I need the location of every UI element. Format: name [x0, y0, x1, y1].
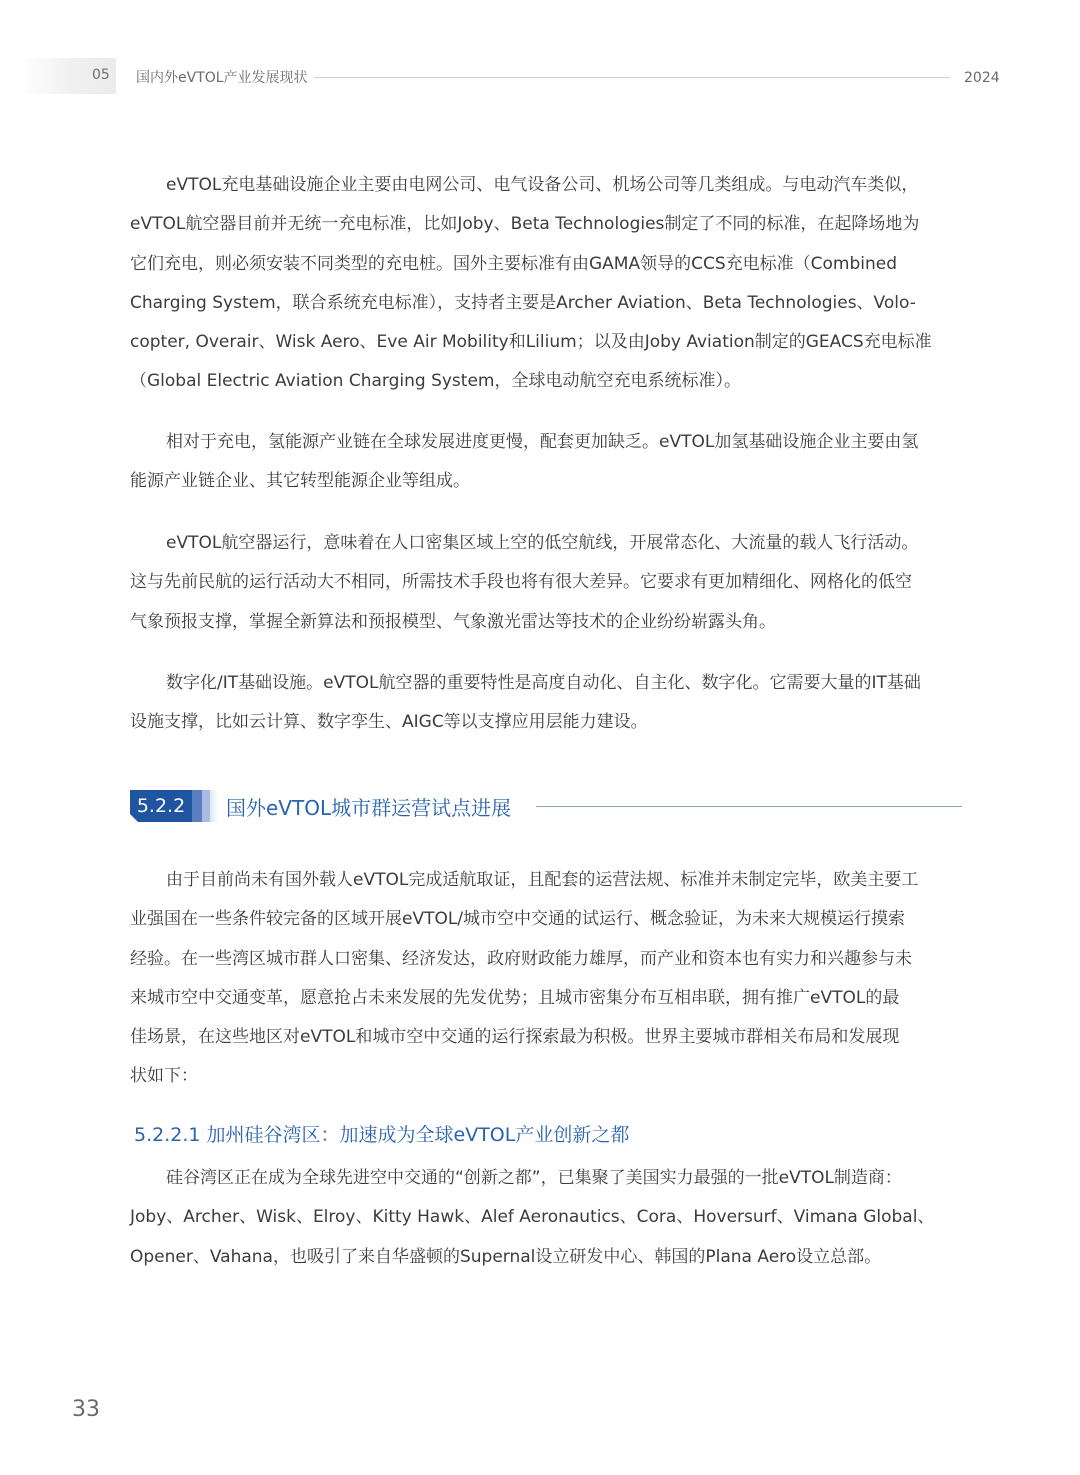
text-line: 气象预报支撑，掌握全新算法和预报模型、气象激光雷达等技术的企业纷纷崭露头角。: [130, 603, 962, 642]
text-line: copter, Overair、Wisk Aero、Eve Air Mobili…: [130, 323, 962, 362]
chapter-number: 05: [92, 67, 110, 83]
badge-stripe: [202, 790, 210, 822]
text-line: 它们充电，则必须安装不同类型的充电桩。国外主要标准有由GAMA领导的CCS充电标…: [130, 245, 962, 284]
paragraph-overseas-pilots: 由于目前尚未有国外载人eVTOL完成适航取证，且配套的运营法规、标准并未制定完毕…: [130, 861, 962, 1097]
text-line: 状如下：: [130, 1057, 962, 1096]
badge-stripe: [192, 790, 202, 822]
text-line: eVTOL充电基础设施企业主要由电网公司、电气设备公司、机场公司等几类组成。与电…: [130, 166, 962, 205]
section-number-badge: 5.2.2: [130, 790, 192, 822]
text-line: Charging System，联合系统充电标准），支持者主要是Archer A…: [130, 284, 962, 323]
header-year: 2024: [964, 70, 1000, 86]
subsection-title: 5.2.2.1 加州硅谷湾区：加速成为全球eVTOL产业创新之都: [134, 1120, 629, 1147]
badge-stripe: [210, 790, 218, 822]
text-line: eVTOL航空器运行，意味着在人口密集区域上空的低空航线，开展常态化、大流量的载…: [130, 524, 962, 563]
text-line: 能源产业链企业、其它转型能源企业等组成。: [130, 462, 962, 501]
text-line: 经验。在一些湾区城市群人口密集、经济发达，政府财政能力雄厚，而产业和资本也有实力…: [130, 940, 962, 979]
paragraph-charging-infrastructure: eVTOL充电基础设施企业主要由电网公司、电气设备公司、机场公司等几类组成。与电…: [130, 166, 962, 402]
section-title: 国外eVTOL城市群运营试点进展: [226, 792, 511, 821]
text-line: Joby、Archer、Wisk、Elroy、Kitty Hawk、Alef A…: [130, 1198, 962, 1237]
text-line: 相对于充电，氢能源产业链在全球发展进度更慢，配套更加缺乏。eVTOL加氢基础设施…: [130, 423, 962, 462]
text-line: 硅谷湾区正在成为全球先进空中交通的“创新之都”，已集聚了美国实力最强的一批eVT…: [130, 1159, 962, 1198]
page-number: 33: [72, 1397, 100, 1422]
chapter-title: 国内外eVTOL产业发展现状: [136, 67, 308, 87]
text-line: 数字化/IT基础设施。eVTOL航空器的重要特性是高度自动化、自主化、数字化。它…: [130, 664, 962, 703]
text-line: 设施支撑，比如云计算、数字孪生、AIGC等以支撑应用层能力建设。: [130, 703, 962, 742]
text-line: 佳场景，在这些地区对eVTOL和城市空中交通的运行探索最为积极。世界主要城市群相…: [130, 1018, 962, 1057]
paragraph-hydrogen: 相对于充电，氢能源产业链在全球发展进度更慢，配套更加缺乏。eVTOL加氢基础设施…: [130, 423, 962, 502]
text-line: 这与先前民航的运行活动大不相同，所需技术手段也将有很大差异。它要求有更加精细化、…: [130, 563, 962, 602]
text-line: 来城市空中交通变革，愿意抢占未来发展的先发优势；且城市密集分布互相串联，拥有推广…: [130, 979, 962, 1018]
section-heading: 5.2.2 国外eVTOL城市群运营试点进展: [130, 786, 962, 826]
text-line: （Global Electric Aviation Charging Syste…: [130, 362, 962, 401]
header-divider: [314, 77, 950, 78]
section-divider: [536, 806, 962, 807]
text-line: 业强国在一些条件较完备的区域开展eVTOL/城市空中交通的试运行、概念验证，为未…: [130, 900, 962, 939]
paragraph-silicon-valley: 硅谷湾区正在成为全球先进空中交通的“创新之都”，已集聚了美国实力最强的一批eVT…: [130, 1159, 962, 1277]
text-line: 由于目前尚未有国外载人eVTOL完成适航取证，且配套的运营法规、标准并未制定完毕…: [130, 861, 962, 900]
paragraph-digital-it: 数字化/IT基础设施。eVTOL航空器的重要特性是高度自动化、自主化、数字化。它…: [130, 664, 962, 743]
page-header: 05 国内外eVTOL产业发展现状 2024: [0, 58, 1080, 96]
text-line: eVTOL航空器目前并无统一充电标准，比如Joby、Beta Technolog…: [130, 205, 962, 244]
paragraph-weather: eVTOL航空器运行，意味着在人口密集区域上空的低空航线，开展常态化、大流量的载…: [130, 524, 962, 642]
text-line: Opener、Vahana，也吸引了来自华盛顿的Supernal设立研发中心、韩…: [130, 1238, 962, 1277]
